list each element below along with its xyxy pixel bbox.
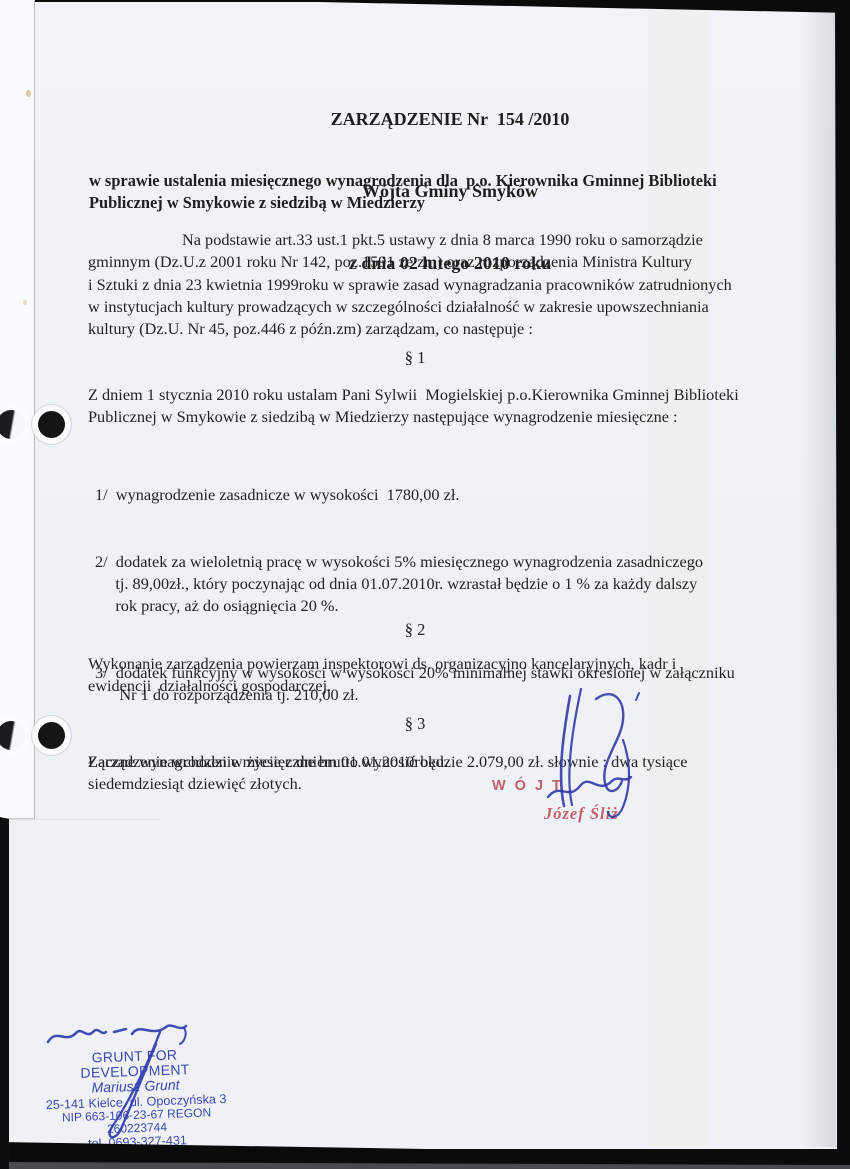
section-1-heading: § 1 — [85, 348, 745, 368]
legal-basis-paragraph: Na podstawie art.33 ust.1 pkt.5 ustawy z… — [88, 229, 840, 340]
section-2-heading: § 2 — [85, 620, 745, 640]
paper-speck — [26, 90, 31, 97]
section-1-intro: Z dniem 1 stycznia 2010 roku ustalam Pan… — [88, 384, 840, 429]
section-2-text: Wykonanie zarządzenia powierzam inspekto… — [88, 653, 840, 698]
punch-hole — [38, 411, 65, 438]
scanned-document-page: ZARZĄDZENIE Nr 154 /2010 Wójta Gminy Smy… — [0, 0, 850, 1169]
paper-speck — [23, 300, 27, 305]
mayor-title-stamp: WÓJT — [492, 778, 570, 794]
document-subject: w sprawie ustalenia miesięcznego wynagro… — [89, 170, 799, 215]
list-item-base-salary: 1/ wynagrodzenie zasadnicze w wysokości … — [95, 484, 847, 506]
company-stamp: GRUNT FOR DEVELOPMENT Mariusz Grunt 25-1… — [36, 1046, 235, 1153]
underlying-page-edge — [0, 0, 35, 819]
mayor-name-stamp: Józef Śliż — [544, 804, 619, 824]
punch-hole — [38, 722, 65, 749]
section-3-text: Zarządzenie wchodzi w życie z dniem 01.0… — [88, 752, 708, 772]
title-line-1: ZARZĄDZENIE Nr 154 /2010 — [120, 107, 780, 131]
list-item-seniority-allowance: 2/ dodatek za wieloletnią pracę w wysoko… — [95, 551, 847, 618]
section-3-heading: § 3 — [85, 714, 745, 734]
